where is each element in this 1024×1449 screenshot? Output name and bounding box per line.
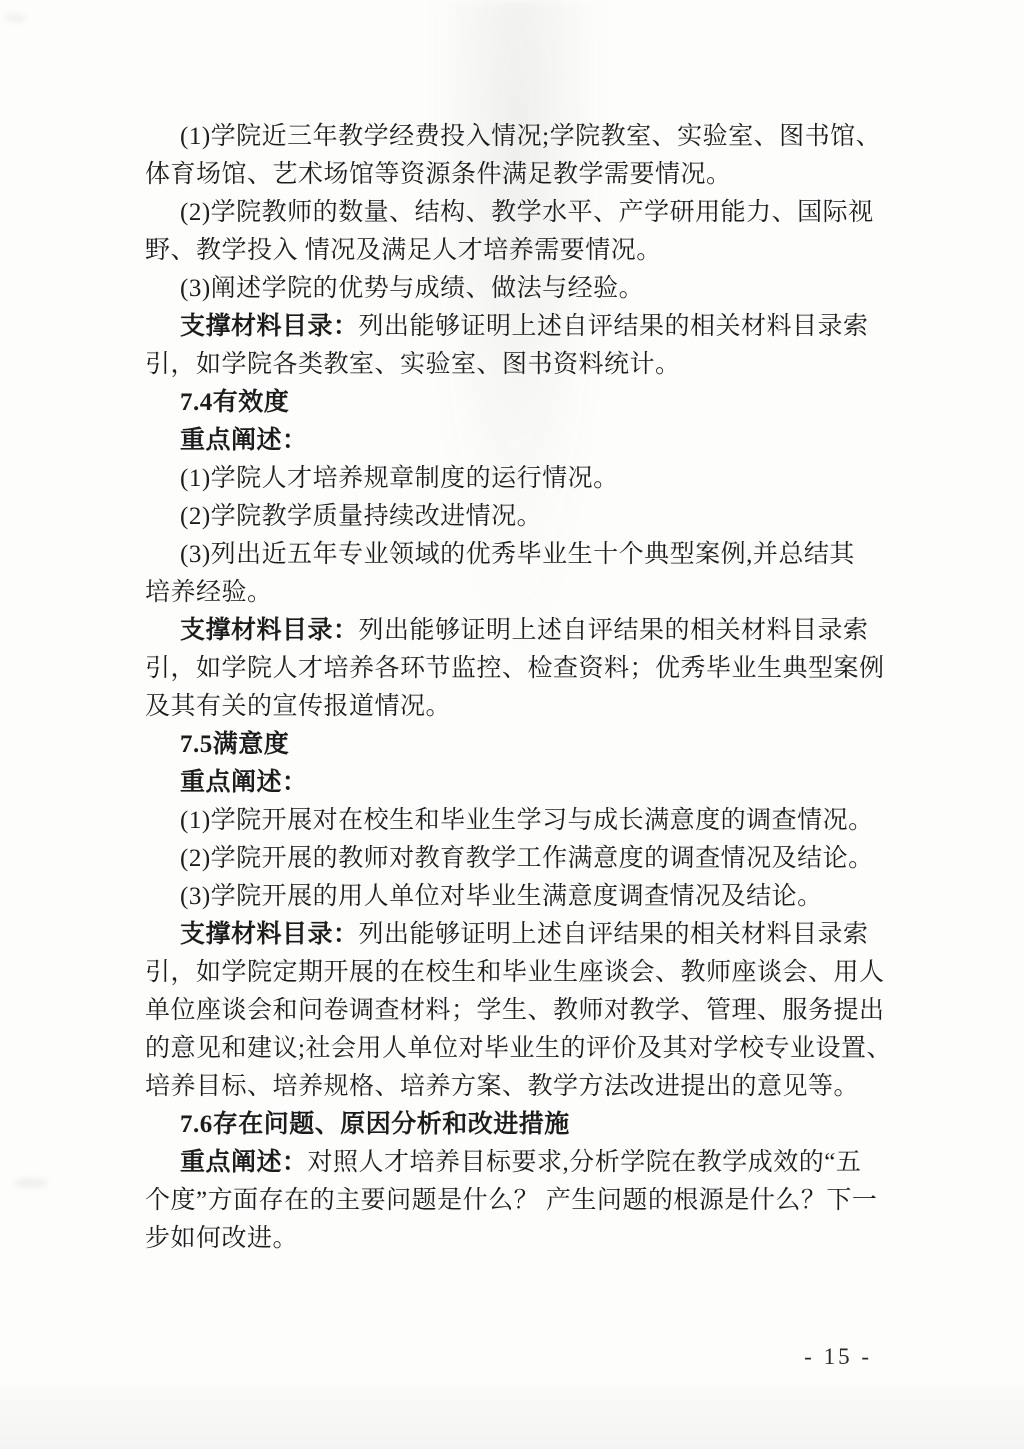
heading-text: 7.5满意度 (180, 731, 289, 758)
paragraph-line: 野、教学投入 情况及满足人才培养需要情况。 (145, 232, 885, 270)
line-text: (1)学院人才培养规章制度的运行情况。 (180, 465, 619, 492)
paragraph-line: 引，如学院定期开展的在校生和毕业生座谈会、教师座谈会、用人 (145, 954, 885, 992)
paragraph-line: (2)学院教师的数量、结构、教学水平、产学研用能力、国际视 (145, 194, 885, 232)
scan-bottom-shadow (0, 1385, 1024, 1449)
document-page: (1)学院近三年教学经费投入情况;学院教室、实验室、图书馆、 体育场馆、艺术场馆… (0, 0, 1024, 1449)
bold-label: 重点阐述： (180, 1149, 308, 1176)
line-text: (2)学院教师的数量、结构、教学水平、产学研用能力、国际视 (180, 199, 874, 226)
line-text: (1)学院近三年教学经费投入情况;学院教室、实验室、图书馆、 (180, 123, 881, 150)
paragraph-line: 个度”方面存在的主要问题是什么？ 产生问题的根源是什么？下一 (145, 1182, 885, 1220)
paragraph-line: 引，如学院人才培养各环节监控、检查资料；优秀毕业生典型案例 (145, 650, 885, 688)
scan-smudge (14, 1178, 48, 1188)
paragraph-line: 支撑材料目录：列出能够证明上述自评结果的相关材料目录索 (145, 308, 885, 346)
paragraph-line: 培养目标、培养规格、培养方案、教学方法改进提出的意见等。 (145, 1068, 885, 1106)
paragraph-line: 培养经验。 (145, 574, 885, 612)
bold-label: 支撑材料目录： (180, 313, 359, 340)
line-text: 个度”方面存在的主要问题是什么？ 产生问题的根源是什么？下一 (145, 1187, 877, 1214)
line-text: 引，如学院定期开展的在校生和毕业生座谈会、教师座谈会、用人 (145, 959, 885, 986)
line-text: 及其有关的宣传报道情况。 (145, 693, 451, 720)
line-text: (2)学院教学质量持续改进情况。 (180, 503, 542, 530)
line-text: 培养经验。 (145, 579, 273, 606)
line-text: (2)学院开展的教师对教育教学工作满意度的调查情况及结论。 (180, 845, 874, 872)
page-number: - 15 - (804, 1344, 872, 1370)
line-text: 单位座谈会和问卷调查材料；学生、教师对教学、管理、服务提出 (145, 997, 885, 1024)
heading-text: 7.4有效度 (180, 389, 289, 416)
line-text: (3)学院开展的用人单位对毕业生满意度调查情况及结论。 (180, 883, 823, 910)
line-text: 引，如学院人才培养各环节监控、检查资料；优秀毕业生典型案例 (145, 655, 885, 682)
section-heading: 7.5满意度 (145, 726, 885, 764)
line-text: 列出能够证明上述自评结果的相关材料目录索 (359, 313, 869, 340)
paragraph-line: (3)学院开展的用人单位对毕业生满意度调查情况及结论。 (145, 878, 885, 916)
paragraph-line: 步如何改进。 (145, 1220, 885, 1258)
line-text: 野、教学投入 情况及满足人才培养需要情况。 (145, 237, 662, 264)
line-text: 培养目标、培养规格、培养方案、教学方法改进提出的意见等。 (145, 1073, 859, 1100)
paragraph-line: (1)学院开展对在校生和毕业生学习与成长满意度的调查情况。 (145, 802, 885, 840)
paragraph-line: 及其有关的宣传报道情况。 (145, 688, 885, 726)
line-text: (3)阐述学院的优势与成绩、做法与经验。 (180, 275, 644, 302)
line-text: 引，如学院各类教室、实验室、图书资料统计。 (145, 351, 681, 378)
paragraph-line: 支撑材料目录：列出能够证明上述自评结果的相关材料目录索 (145, 916, 885, 954)
paragraph-line: 的意见和建议;社会用人单位对毕业生的评价及其对学校专业设置、 (145, 1030, 885, 1068)
section-heading: 重点阐述： (145, 422, 885, 460)
section-heading: 7.4有效度 (145, 384, 885, 422)
heading-text: 重点阐述： (180, 769, 308, 796)
line-text: (1)学院开展对在校生和毕业生学习与成长满意度的调查情况。 (180, 807, 874, 834)
line-text: 体育场馆、艺术场馆等资源条件满足教学需要情况。 (145, 161, 732, 188)
paragraph-line: 引，如学院各类教室、实验室、图书资料统计。 (145, 346, 885, 384)
paragraph-line: (1)学院近三年教学经费投入情况;学院教室、实验室、图书馆、 (145, 118, 885, 156)
document-body: (1)学院近三年教学经费投入情况;学院教室、实验室、图书馆、 体育场馆、艺术场馆… (145, 118, 885, 1258)
paragraph-line: 体育场馆、艺术场馆等资源条件满足教学需要情况。 (145, 156, 885, 194)
line-text: 步如何改进。 (145, 1225, 298, 1252)
scan-smudge (4, 14, 26, 22)
heading-text: 7.6存在问题、原因分析和改进措施 (180, 1111, 570, 1138)
section-heading: 7.6存在问题、原因分析和改进措施 (145, 1106, 885, 1144)
section-heading: 重点阐述： (145, 764, 885, 802)
line-text: 列出能够证明上述自评结果的相关材料目录索 (359, 921, 869, 948)
line-text: (3)列出近五年专业领域的优秀毕业生十个典型案例,并总结其 (180, 541, 855, 568)
paragraph-line: 支撑材料目录：列出能够证明上述自评结果的相关材料目录索 (145, 612, 885, 650)
paragraph-line: (1)学院人才培养规章制度的运行情况。 (145, 460, 885, 498)
paragraph-line: (2)学院开展的教师对教育教学工作满意度的调查情况及结论。 (145, 840, 885, 878)
bold-label: 支撑材料目录： (180, 617, 359, 644)
line-text: 对照人才培养目标要求,分析学院在教学成效的“五 (308, 1149, 862, 1176)
heading-text: 重点阐述： (180, 427, 308, 454)
paragraph-line: (3)列出近五年专业领域的优秀毕业生十个典型案例,并总结其 (145, 536, 885, 574)
line-text: 列出能够证明上述自评结果的相关材料目录索 (359, 617, 869, 644)
paragraph-line: 单位座谈会和问卷调查材料；学生、教师对教学、管理、服务提出 (145, 992, 885, 1030)
line-text: 的意见和建议;社会用人单位对毕业生的评价及其对学校专业设置、 (145, 1035, 892, 1062)
paragraph-line: 重点阐述：对照人才培养目标要求,分析学院在教学成效的“五 (145, 1144, 885, 1182)
bold-label: 支撑材料目录： (180, 921, 359, 948)
paragraph-line: (3)阐述学院的优势与成绩、做法与经验。 (145, 270, 885, 308)
paragraph-line: (2)学院教学质量持续改进情况。 (145, 498, 885, 536)
